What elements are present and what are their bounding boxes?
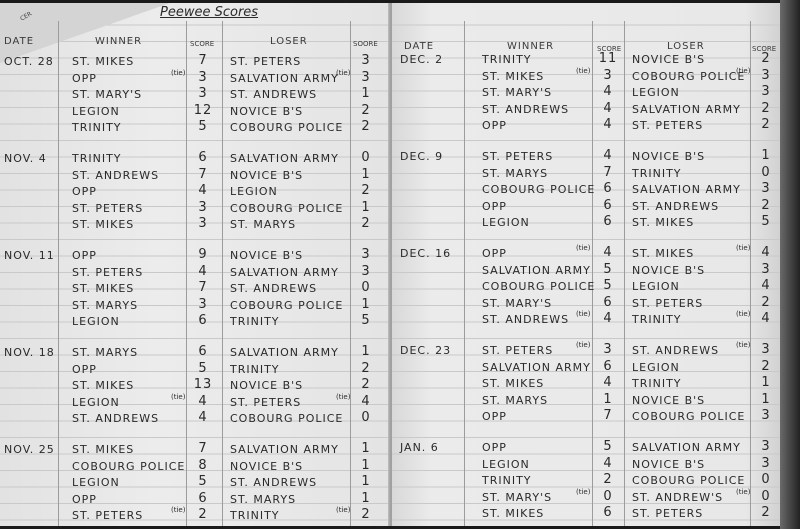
header-loser: Loser: [270, 36, 308, 47]
loser-name: Novice B's: [632, 53, 705, 66]
winner-name: OPP: [72, 249, 97, 262]
winner-score: 7: [193, 441, 213, 456]
winner-score: 11: [598, 51, 618, 66]
winner-score: 4: [193, 410, 213, 425]
ledger-book: CER Peewee Scores Date Winner Score Lose…: [0, 3, 790, 526]
loser-name: Legion: [632, 86, 680, 99]
winner-name: St. Mary's: [482, 491, 552, 504]
winner-score: 2: [598, 472, 618, 487]
date-label: Nov. 11: [4, 249, 55, 262]
winner-score: 6: [193, 313, 213, 328]
tie-mark-winner: (tie): [576, 341, 590, 349]
header-winner: Winner: [507, 41, 554, 52]
tie-mark-winner: (tie): [171, 506, 185, 514]
loser-score: 2: [756, 51, 776, 66]
winner-score: 6: [193, 344, 213, 359]
winner-name: St. Mary's: [482, 297, 552, 310]
winner-score: 6: [598, 198, 618, 213]
winner-name: St. Mary's: [72, 88, 142, 101]
loser-score: 1: [356, 297, 376, 312]
winner-score: 5: [598, 262, 618, 277]
winner-name: Legion: [482, 458, 530, 471]
loser-score: 2: [356, 507, 376, 522]
loser-name: Novice B's: [230, 460, 303, 473]
date-label: Dec. 2: [400, 53, 443, 66]
loser-name: Cobourg Police: [632, 410, 745, 423]
loser-name: Salvation Army: [230, 443, 339, 456]
winner-name: OPP: [482, 410, 507, 423]
winner-name: OPP: [482, 200, 507, 213]
tie-mark-winner: (tie): [576, 488, 590, 496]
loser-score: 1: [756, 392, 776, 407]
winner-name: OPP: [72, 363, 97, 376]
winner-name: St. Mikes: [482, 507, 544, 520]
winner-name: St. Peters: [72, 266, 143, 279]
winner-name: St. Mikes: [72, 443, 134, 456]
loser-name: Cobourg Police: [632, 70, 745, 83]
winner-score: 4: [598, 84, 618, 99]
loser-name: St. Andrews: [230, 476, 317, 489]
loser-name: Salvation Army: [230, 152, 339, 165]
winner-score: 6: [598, 505, 618, 520]
winner-score: 5: [193, 361, 213, 376]
winner-score: 5: [193, 119, 213, 134]
winner-name: Trinity: [72, 152, 122, 165]
loser-name: St. Marys: [230, 218, 296, 231]
date-label: Nov. 18: [4, 346, 55, 359]
winner-name: St. Andrews: [72, 169, 159, 182]
loser-name: Novice B's: [230, 249, 303, 262]
winner-name: St. Mikes: [72, 379, 134, 392]
tie-mark-loser: (tie): [736, 341, 750, 349]
loser-name: Novice B's: [230, 169, 303, 182]
loser-name: Cobourg Police: [230, 121, 343, 134]
loser-name: Novice B's: [632, 150, 705, 163]
winner-score: 7: [193, 53, 213, 68]
winner-score: 5: [193, 474, 213, 489]
winner-name: St. Peters: [482, 150, 553, 163]
winner-score: 4: [598, 117, 618, 132]
winner-name: St. Peters: [72, 202, 143, 215]
winner-score: 6: [193, 150, 213, 165]
winner-score: 4: [193, 183, 213, 198]
loser-score: 1: [356, 167, 376, 182]
date-label: Nov. 4: [4, 152, 47, 165]
tie-mark-winner: (tie): [171, 69, 185, 77]
tie-mark-loser: (tie): [736, 67, 750, 75]
loser-score: 3: [756, 84, 776, 99]
winner-name: OPP: [72, 493, 97, 506]
loser-score: 4: [756, 245, 776, 260]
winner-name: St. Mikes: [72, 218, 134, 231]
loser-name: St. Andrew's: [632, 491, 723, 504]
loser-name: Novice B's: [632, 458, 705, 471]
loser-name: Salvation Army: [230, 72, 339, 85]
loser-score: 3: [756, 68, 776, 83]
winner-name: Salvation Army: [482, 361, 591, 374]
winner-name: St. Mikes: [482, 377, 544, 390]
loser-name: Trinity: [632, 313, 682, 326]
loser-score: 3: [756, 456, 776, 471]
loser-score: 1: [356, 474, 376, 489]
loser-name: Salvation Army: [230, 266, 339, 279]
header-date: Date: [404, 41, 434, 52]
loser-score: 0: [356, 280, 376, 295]
loser-name: St. Andrews: [632, 344, 719, 357]
winner-score: 5: [598, 278, 618, 293]
winner-name: St. Marys: [482, 167, 548, 180]
winner-name: St. Marys: [482, 394, 548, 407]
winner-score: 0: [598, 489, 618, 504]
header-loser: Loser: [667, 41, 705, 52]
date-label: Jan. 6: [400, 441, 439, 454]
loser-score: 3: [756, 439, 776, 454]
winner-score: 9: [193, 247, 213, 262]
tie-mark-winner: (tie): [576, 244, 590, 252]
header-score: Score: [190, 40, 214, 48]
winner-name: Cobourg Police: [72, 460, 185, 473]
winner-score: 3: [193, 200, 213, 215]
winner-name: OPP: [482, 119, 507, 132]
loser-score: 2: [356, 183, 376, 198]
winner-name: Trinity: [72, 121, 122, 134]
loser-score: 1: [356, 458, 376, 473]
tie-mark-loser: (tie): [736, 310, 750, 318]
winner-name: St. Andrews: [482, 313, 569, 326]
tie-mark-loser: (tie): [336, 393, 350, 401]
loser-score: 4: [756, 278, 776, 293]
tie-mark-winner: (tie): [171, 393, 185, 401]
loser-name: Legion: [230, 185, 278, 198]
left-page: CER Peewee Scores Date Winner Score Lose…: [0, 3, 390, 526]
loser-name: St. Peters: [230, 396, 301, 409]
loser-score: 0: [756, 165, 776, 180]
loser-name: Novice B's: [632, 394, 705, 407]
winner-score: 4: [598, 375, 618, 390]
loser-score: 0: [356, 150, 376, 165]
date-label: Dec. 16: [400, 247, 451, 260]
loser-name: Legion: [632, 361, 680, 374]
winner-name: Legion: [72, 315, 120, 328]
loser-name: Trinity: [230, 363, 280, 376]
winner-name: Trinity: [482, 474, 532, 487]
tie-mark-winner: (tie): [576, 310, 590, 318]
winner-name: St. Mikes: [72, 282, 134, 295]
loser-score: 1: [356, 441, 376, 456]
loser-score: 1: [756, 148, 776, 163]
loser-score: 2: [756, 117, 776, 132]
header-date: Date: [4, 36, 34, 47]
loser-score: 2: [356, 377, 376, 392]
loser-name: Cobourg Police: [230, 412, 343, 425]
loser-name: Novice B's: [632, 264, 705, 277]
winner-name: Cobourg Police: [482, 183, 595, 196]
header-loser-score: Soore: [353, 40, 378, 48]
date-label: Oct. 28: [4, 55, 54, 68]
loser-score: 2: [356, 216, 376, 231]
winner-score: 6: [598, 181, 618, 196]
winner-score: 7: [598, 165, 618, 180]
winner-name: St. Andrews: [72, 412, 159, 425]
winner-score: 4: [193, 264, 213, 279]
loser-name: Novice B's: [230, 105, 303, 118]
winner-score: 4: [598, 456, 618, 471]
tie-mark-winner: (tie): [576, 67, 590, 75]
loser-score: 3: [756, 342, 776, 357]
winner-name: St. Andrews: [482, 103, 569, 116]
loser-score: 2: [356, 119, 376, 134]
winner-name: St. Mikes: [482, 70, 544, 83]
tie-mark-loser: (tie): [336, 69, 350, 77]
loser-score: 2: [756, 198, 776, 213]
winner-score: 4: [598, 101, 618, 116]
loser-score: 1: [356, 491, 376, 506]
loser-score: 3: [356, 247, 376, 262]
winner-score: 3: [193, 216, 213, 231]
loser-score: 1: [356, 344, 376, 359]
loser-name: Salvation Army: [230, 346, 339, 359]
loser-name: Salvation Army: [632, 441, 741, 454]
winner-name: OPP: [72, 185, 97, 198]
winner-score: 4: [598, 148, 618, 163]
winner-score: 3: [193, 70, 213, 85]
loser-score: 2: [756, 295, 776, 310]
loser-score: 1: [356, 200, 376, 215]
loser-score: 3: [356, 70, 376, 85]
winner-score: 5: [598, 439, 618, 454]
book-edge: [780, 0, 800, 529]
loser-name: St. Peters: [230, 55, 301, 68]
winner-score: 12: [193, 103, 213, 118]
winner-name: Legion: [72, 396, 120, 409]
loser-score: 0: [756, 489, 776, 504]
winner-score: 3: [598, 342, 618, 357]
loser-name: Cobourg Police: [230, 299, 343, 312]
date-label: Dec. 23: [400, 344, 451, 357]
loser-name: Cobourg Police: [230, 202, 343, 215]
tie-mark-loser: (tie): [736, 488, 750, 496]
winner-score: 3: [193, 297, 213, 312]
loser-score: 4: [756, 311, 776, 326]
loser-name: St. Peters: [632, 119, 703, 132]
winner-score: 6: [598, 359, 618, 374]
winner-score: 6: [193, 491, 213, 506]
loser-name: Salvation Army: [632, 183, 741, 196]
winner-name: St. Marys: [72, 299, 138, 312]
winner-score: 4: [193, 394, 213, 409]
winner-score: 7: [598, 408, 618, 423]
loser-name: St. Andrews: [632, 200, 719, 213]
loser-score: 0: [756, 472, 776, 487]
winner-score: 7: [193, 280, 213, 295]
tie-mark-loser: (tie): [336, 506, 350, 514]
winner-score: 4: [598, 311, 618, 326]
winner-score: 2: [193, 507, 213, 522]
loser-name: Trinity: [632, 377, 682, 390]
loser-name: St. Mikes: [632, 247, 694, 260]
header-winner: Winner: [95, 36, 142, 47]
loser-name: St. Marys: [230, 493, 296, 506]
loser-name: Salvation Army: [632, 103, 741, 116]
loser-name: St. Peters: [632, 297, 703, 310]
loser-score: 5: [356, 313, 376, 328]
winner-score: 6: [598, 214, 618, 229]
loser-score: 3: [756, 262, 776, 277]
winner-score: 1: [598, 392, 618, 407]
tie-mark-loser: (tie): [736, 244, 750, 252]
loser-name: St. Peters: [632, 507, 703, 520]
loser-name: St. Andrews: [230, 282, 317, 295]
winner-score: 8: [193, 458, 213, 473]
winner-name: Legion: [72, 476, 120, 489]
loser-name: St. Andrews: [230, 88, 317, 101]
winner-score: 3: [193, 86, 213, 101]
winner-name: Salvation Army: [482, 264, 591, 277]
winner-name: Trinity: [482, 53, 532, 66]
loser-score: 3: [356, 53, 376, 68]
right-page: Date Winner Score Loser Score Dec. 2Trin…: [392, 3, 784, 526]
winner-name: St. Mikes: [72, 55, 134, 68]
loser-name: Trinity: [632, 167, 682, 180]
loser-name: Cobourg Police: [632, 474, 745, 487]
loser-name: Trinity: [230, 315, 280, 328]
date-label: Nov. 25: [4, 443, 55, 456]
date-label: Dec. 9: [400, 150, 443, 163]
loser-name: Novice B's: [230, 379, 303, 392]
winner-name: OPP: [482, 247, 507, 260]
loser-name: Trinity: [230, 509, 280, 522]
loser-score: 2: [756, 505, 776, 520]
loser-score: 0: [356, 410, 376, 425]
loser-score: 2: [756, 359, 776, 374]
loser-score: 3: [356, 264, 376, 279]
winner-name: St. Mary's: [482, 86, 552, 99]
winner-name: St. Peters: [72, 509, 143, 522]
loser-name: St. Mikes: [632, 216, 694, 229]
loser-score: 5: [756, 214, 776, 229]
winner-score: 13: [193, 377, 213, 392]
loser-score: 1: [756, 375, 776, 390]
winner-score: 4: [598, 245, 618, 260]
winner-name: Legion: [482, 216, 530, 229]
loser-score: 2: [356, 361, 376, 376]
loser-score: 3: [756, 408, 776, 423]
winner-name: OPP: [72, 72, 97, 85]
winner-name: St. Marys: [72, 346, 138, 359]
page-title: Peewee Scores: [160, 5, 258, 20]
winner-name: Cobourg Police: [482, 280, 595, 293]
loser-score: 2: [356, 103, 376, 118]
winner-name: Legion: [72, 105, 120, 118]
winner-score: 3: [598, 68, 618, 83]
loser-name: Legion: [632, 280, 680, 293]
loser-score: 3: [756, 181, 776, 196]
winner-score: 6: [598, 295, 618, 310]
winner-name: OPP: [482, 441, 507, 454]
loser-score: 1: [356, 86, 376, 101]
winner-score: 7: [193, 167, 213, 182]
loser-score: 2: [756, 101, 776, 116]
winner-name: St. Peters: [482, 344, 553, 357]
loser-score: 4: [356, 394, 376, 409]
